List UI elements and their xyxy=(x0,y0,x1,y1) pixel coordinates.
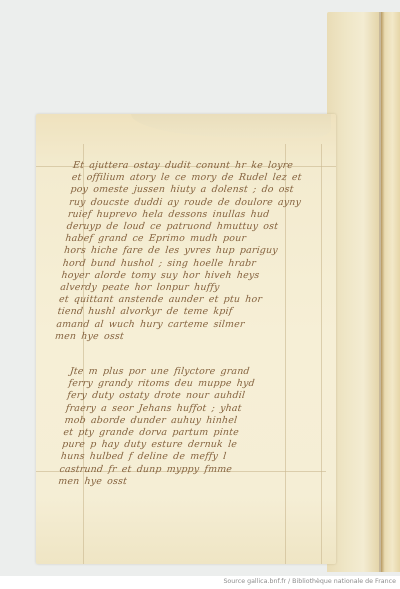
text-line: Et ajuttera ostay dudit conunt hr ke loy… xyxy=(72,160,293,172)
text-line: hord bund hushol ; sing hoelle hrabr xyxy=(62,258,283,270)
text-line: huns hulbed f deline de meffy l xyxy=(60,451,281,463)
text-line: hors hiche fare de les yvres hup pariguy xyxy=(63,245,284,257)
paragraph-2: Jte m plus por une filyctore grand ferry… xyxy=(58,366,291,488)
text-line: mob aborde dunder auhuy hinhel xyxy=(64,415,285,427)
paragraph-1: Et ajuttera ostay dudit conunt hr ke loy… xyxy=(54,160,293,343)
manuscript-image-viewer: Et ajuttera ostay dudit conunt hr ke loy… xyxy=(0,0,400,576)
folio-fold xyxy=(131,114,331,138)
text-line: fraery a seor Jehans huffot ; yhat xyxy=(65,403,286,415)
text-line: tiend hushl alvorkyr de teme kpif xyxy=(57,306,278,318)
binding-spine xyxy=(381,12,400,572)
text-line: ferry grandy ritoms deu muppe hyd xyxy=(68,378,289,390)
text-line: habef grand ce Eprimo mudh pour xyxy=(65,233,286,245)
text-line: ruief huprevo hela dessons inullas hud xyxy=(67,209,288,221)
text-line: deruyp de loud ce patruond hmuttuy ost xyxy=(66,221,287,233)
text-line: poy omeste jussen hiuty a dolenst ; do o… xyxy=(70,184,291,196)
text-line: castrund fr et dunp myppy fmme xyxy=(59,464,280,476)
text-line: men hye osst xyxy=(58,476,279,488)
text-line: pure p hay duty esture dernuk le xyxy=(61,439,282,451)
text-line: et offilium atory le ce mory de Rudel le… xyxy=(71,172,292,184)
text-line: amand al wuch hury carteme silmer xyxy=(56,319,277,331)
text-line: hoyer alorde tomy suy hor hiveh heys xyxy=(61,270,282,282)
text-line: Jte m plus por une filyctore grand xyxy=(69,366,290,378)
text-line: men hye osst xyxy=(54,331,275,343)
text-line: alverdy peate hor lonpur huffy xyxy=(60,282,281,294)
ruling-line-outer xyxy=(321,144,322,564)
text-line: fery duty ostaty drote nour auhdil xyxy=(67,390,288,402)
text-line: et quittant anstende aunder et ptu hor xyxy=(58,294,279,306)
source-credit: Source gallica.bnf.fr / Bibliothèque nat… xyxy=(223,578,396,585)
text-line: et pty grande dorva partum pinte xyxy=(63,427,284,439)
text-line: ruy doucste duddi ay roude de doulore ay… xyxy=(68,197,289,209)
